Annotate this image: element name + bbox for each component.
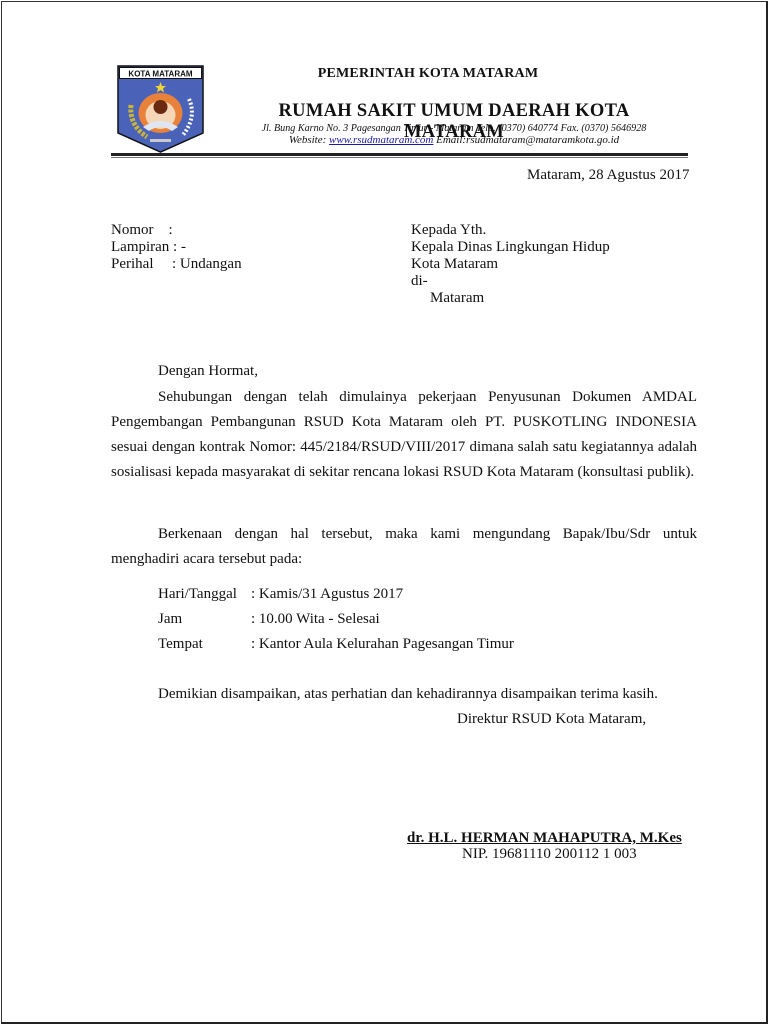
nomor-field: Nomor : bbox=[111, 222, 173, 239]
recipient-location: Mataram bbox=[430, 290, 484, 307]
website-link[interactable]: www.rsudmataram.com bbox=[329, 134, 433, 146]
detail-label-place: Tempat bbox=[158, 636, 203, 653]
lampiran-field: Lampiran : - bbox=[111, 239, 186, 256]
header-divider-thin bbox=[111, 157, 688, 158]
detail-label-date: Hari/Tanggal bbox=[158, 586, 237, 603]
header-divider-thick bbox=[111, 153, 688, 156]
paragraph-invitation: Berkenaan dengan hal tersebut, maka kami… bbox=[111, 522, 697, 572]
signatory-nip: NIP. 19681110 200112 1 003 bbox=[462, 846, 637, 863]
detail-value-place: : Kantor Aula Kelurahan Pagesangan Timur bbox=[251, 636, 514, 653]
paragraph-intro: Sehubungan dengan telah dimulainya peker… bbox=[111, 385, 697, 485]
kota-mataram-emblem-icon: KOTA MATARAM bbox=[117, 65, 204, 153]
contact-line: Website: www.rsudmataram.com Email:rsudm… bbox=[228, 134, 680, 146]
website-label: Website: bbox=[289, 134, 326, 146]
detail-value-time: : 10.00 Wita - Selesai bbox=[251, 611, 380, 628]
signatory-title: Direktur RSUD Kota Mataram, bbox=[457, 711, 646, 728]
letter-date: Mataram, 28 Agustus 2017 bbox=[527, 167, 690, 184]
recipient-di: di- bbox=[411, 273, 428, 290]
institution-address: Jl. Bung Karno No. 3 Pagesangan Timur - … bbox=[246, 122, 662, 134]
closing-text: Demikian disampaikan, atas perhatian dan… bbox=[158, 686, 658, 703]
perihal-label: Perihal bbox=[111, 256, 154, 273]
detail-value-date: : Kamis/31 Agustus 2017 bbox=[251, 586, 403, 603]
recipient-city: Kota Mataram bbox=[411, 256, 498, 273]
svg-text:KOTA MATARAM: KOTA MATARAM bbox=[128, 70, 192, 79]
greeting: Dengan Hormat, bbox=[158, 363, 258, 380]
detail-label-time: Jam bbox=[158, 611, 182, 628]
government-header: PEMERINTAH KOTA MATARAM bbox=[228, 66, 628, 82]
signatory-name: dr. H.L. HERMAN MAHAPUTRA, M.Kes bbox=[407, 830, 682, 847]
recipient-position: Kepala Dinas Lingkungan Hidup bbox=[411, 239, 610, 256]
perihal-value: : Undangan bbox=[172, 256, 242, 273]
recipient-salutation: Kepada Yth. bbox=[411, 222, 486, 239]
email-text: Email:rsudmataram@mataramkota.go.id bbox=[436, 134, 619, 146]
